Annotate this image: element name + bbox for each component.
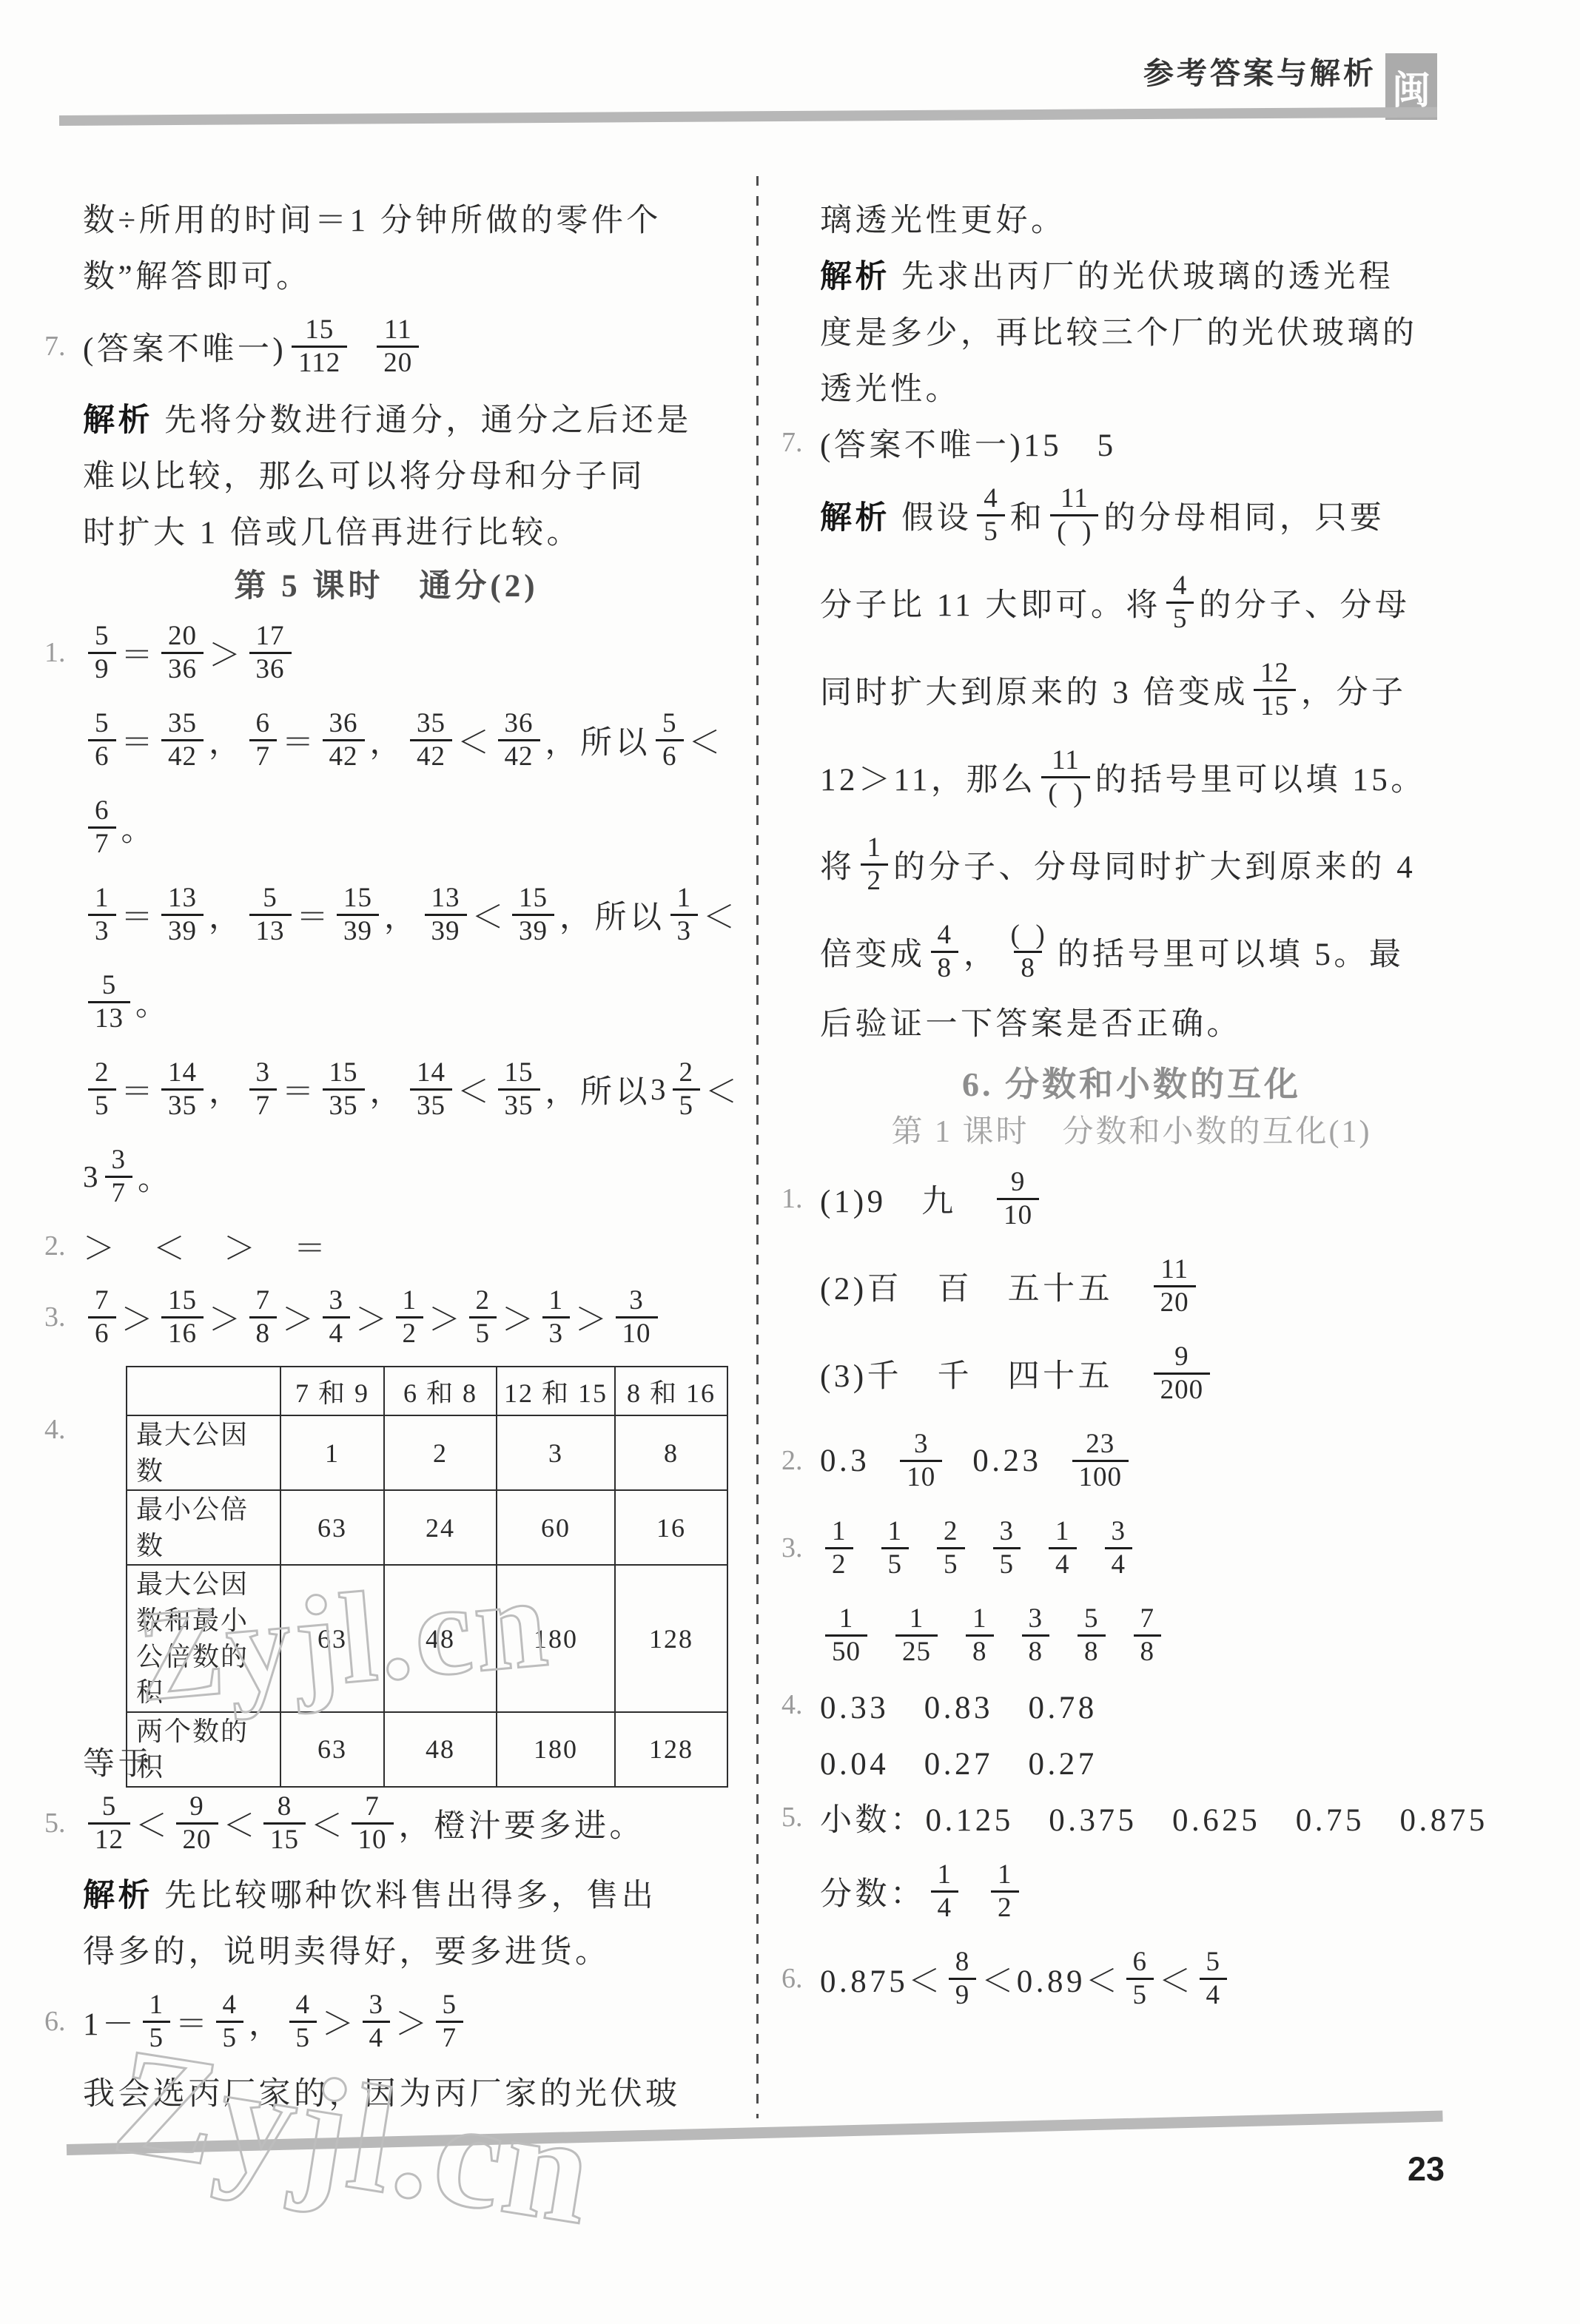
column-divider-dashed (756, 176, 759, 2118)
text-segment: ＝ (121, 1067, 157, 1112)
fraction: 45 (216, 1990, 244, 2053)
fraction: 45 (1166, 570, 1194, 634)
numerator: 8 (949, 1947, 977, 1977)
table-cell: 3 (497, 1415, 615, 1490)
fraction: 815 (263, 1791, 306, 1855)
text-segment: ＜ (223, 1801, 259, 1846)
content-line: 6.0.875＜89＜0.89＜65＜54 (820, 1937, 1232, 2020)
content-line: 3.121525351434 (820, 1506, 1137, 1589)
text-segment: ＝ (121, 892, 157, 937)
denominator: 10 (352, 1822, 394, 1855)
fraction: 3542 (161, 708, 204, 772)
numerator: 5 (95, 1791, 124, 1822)
fraction: 3542 (410, 708, 452, 772)
fraction: 310 (900, 1429, 942, 1492)
table-cell: 1 (280, 1415, 384, 1490)
text-segment: (2)百 百 五十五 (820, 1264, 1149, 1309)
list-marker: 5. (781, 1801, 803, 1833)
text-segment: ＜ (689, 718, 725, 763)
numerator: 9 (183, 1791, 211, 1822)
table-cell: 63 (280, 1565, 384, 1711)
table-cell: 60 (497, 1490, 615, 1565)
text-segment: ，所以 (545, 1067, 651, 1112)
text-segment: ， (209, 892, 244, 937)
numerator: 36 (498, 708, 540, 738)
denominator: 5 (993, 1547, 1021, 1580)
table-col-header: 6 和 8 (384, 1367, 497, 1415)
content-line: 第 5 课时 通分(2) (46, 559, 727, 607)
denominator: 9 (88, 652, 116, 684)
text-segment: 透光性。 (820, 364, 961, 409)
fraction: 15112 (292, 314, 347, 378)
fraction: 25 (469, 1285, 497, 1349)
list-marker: 7. (781, 426, 803, 459)
list-marker: 3. (781, 1532, 803, 1564)
denominator: 8 (1134, 1634, 1162, 1667)
content-line: 时扩大 1 倍或几倍再进行比较。 (83, 506, 582, 553)
text-segment: 。 (135, 980, 171, 1025)
list-marker: 5. (44, 1807, 66, 1839)
fraction: 2036 (161, 621, 204, 684)
table-cell: 180 (497, 1712, 615, 1787)
text-segment: 后验证一下答案是否正确。 (820, 999, 1242, 1044)
text-segment: 同时扩大到原来的 3 倍变成 (820, 667, 1248, 713)
text-segment: 和 (1010, 493, 1046, 538)
denominator: 3 (88, 914, 116, 946)
fraction: 1539 (512, 883, 554, 946)
fraction: 23100 (1072, 1429, 1129, 1492)
numerator: 3 (105, 1145, 133, 1175)
fraction: 11( ) (1050, 483, 1098, 547)
fraction: 1339 (161, 883, 204, 946)
numerator: 1 (833, 1603, 861, 1634)
numerator: 1 (881, 1516, 910, 1546)
denominator: 8 (1014, 951, 1042, 983)
fraction: 3642 (498, 708, 540, 772)
text-segment: 第 5 课时 通分(2) (234, 561, 538, 606)
table-row-label: 最小公倍数 (127, 1490, 280, 1565)
content-line: 度是多少，再比较三个厂的光伏玻璃的 (820, 306, 1418, 354)
numerator: 1 (542, 1285, 571, 1316)
numerator: 3 (993, 1516, 1021, 1546)
denominator: 42 (323, 739, 365, 772)
text-segment: ＜ (472, 892, 508, 937)
numerator: 36 (323, 708, 365, 738)
numerator: 2 (937, 1516, 965, 1546)
text-segment: 倍变成 (820, 929, 926, 974)
denominator: 20 (176, 1822, 218, 1855)
text-segment: 的括号里可以填 15。 (1095, 755, 1426, 800)
content-line: 分数：1412 (820, 1850, 1024, 1933)
numerator: 5 (656, 708, 684, 738)
numerator: 4 (931, 920, 959, 950)
denominator: 35 (323, 1088, 365, 1121)
denominator: 7 (105, 1176, 133, 1208)
text-segment: ＞ (428, 1295, 464, 1340)
numerator: 5 (88, 621, 116, 651)
table-cell: 8 (615, 1415, 727, 1490)
table-cell: 128 (615, 1712, 727, 1787)
denominator: 36 (249, 652, 292, 684)
content-line: (3)千 千 四十五 9200 (820, 1332, 1215, 1415)
denominator: 42 (498, 739, 540, 772)
numerator: 12 (1254, 658, 1296, 688)
fraction: 57 (436, 1990, 464, 2053)
table-cell: 48 (384, 1565, 497, 1711)
header-rule (59, 107, 1437, 126)
fraction: ( )8 (1004, 920, 1052, 983)
numerator: 35 (161, 708, 204, 738)
numerator: 11 (1045, 745, 1086, 775)
numerator: 15 (337, 883, 379, 913)
denominator: 5 (881, 1547, 910, 1580)
text-segment: ＝ (175, 1999, 211, 2044)
list-marker: 4. (781, 1688, 803, 1721)
fraction: 1535 (498, 1057, 540, 1121)
label-bold: 解析 (820, 493, 890, 538)
content-line: 15012518385878 (820, 1594, 1166, 1677)
content-line: 同时扩大到原来的 3 倍变成1215，分子 (820, 648, 1407, 731)
denominator: 10 (997, 1198, 1039, 1230)
content-line: 7.(答案不唯一)15 5 (820, 419, 1117, 466)
content-line: 25＝1435，37＝1535，1435＜1535，所以325＜ (83, 1048, 741, 1131)
text-segment: 我会选丙厂家的，因为丙厂家的光伏玻 (83, 2069, 681, 2114)
denominator: 5 (88, 1088, 116, 1121)
fraction: 12 (991, 1859, 1019, 1923)
text-segment: ＞ (209, 630, 244, 676)
fraction: 513 (249, 883, 292, 946)
table-row: 最大公因数和最小公倍数的积6348180128 (127, 1565, 727, 1711)
denominator: 5 (143, 2021, 171, 2053)
text-segment: ， (209, 718, 244, 763)
footer-rule (67, 2111, 1443, 2155)
denominator: 50 (825, 1634, 867, 1667)
numerator: 6 (88, 795, 116, 826)
content-line: 513。 (83, 960, 171, 1043)
list-marker: 7. (44, 330, 66, 363)
text-segment: ＞ (502, 1295, 537, 1340)
numerator: 4 (289, 1990, 317, 2020)
content-line: 5.小数：0.125 0.375 0.625 0.75 0.875 (820, 1793, 1488, 1841)
text-segment: ， (370, 718, 406, 763)
table-col-header: 7 和 9 (280, 1367, 384, 1415)
text-segment: ＞ (209, 1295, 244, 1340)
label-bold: 解析 (820, 252, 890, 297)
numerator: 5 (256, 883, 284, 913)
text-segment: ＜0.89＜ (981, 1956, 1120, 2001)
content-line: 璃透光性更好。 (820, 194, 1066, 241)
text-segment: (1)9 九 (820, 1176, 992, 1222)
denominator: 12 (88, 1822, 130, 1855)
text-segment: ＜ (1159, 1956, 1194, 2001)
denominator: 112 (292, 346, 347, 378)
numerator: 1 (88, 883, 116, 913)
denominator: 13 (88, 1001, 130, 1034)
text-segment: 0.04 0.27 0.27 (820, 1739, 1097, 1784)
numerator: 1 (966, 1603, 994, 1634)
fraction: 45 (289, 1990, 317, 2053)
fraction: 37 (105, 1145, 133, 1208)
numerator: 20 (161, 621, 204, 651)
numerator: 9 (1004, 1167, 1032, 1197)
text-segment: ， (249, 1999, 284, 2044)
fraction: 14 (931, 1859, 959, 1923)
denominator: 6 (656, 739, 684, 772)
content-line: 337。 (83, 1135, 173, 1218)
numerator: 5 (1200, 1947, 1228, 1977)
text-segment: 0.3 (820, 1443, 870, 1479)
numerator: 3 (249, 1057, 278, 1088)
text-segment: ＞ (282, 1295, 317, 1340)
scanned-answer-page: 参考答案与解析 闽 数÷所用的时间＝1 分钟所做的零件个数”解答即可。7.(答案… (0, 0, 1580, 2324)
denominator: 39 (512, 914, 554, 946)
fraction: 12 (396, 1285, 424, 1349)
text-segment: ， (964, 929, 999, 974)
numerator: 3 (907, 1429, 935, 1459)
content-line: (2)百 百 五十五 1120 (820, 1244, 1201, 1327)
text-segment: (3)千 千 四十五 (820, 1351, 1149, 1396)
denominator: 2 (825, 1547, 853, 1580)
denominator: 7 (249, 739, 278, 772)
denominator: 10 (616, 1316, 658, 1349)
denominator: 15 (1254, 689, 1296, 721)
content-line: 解析 先求出丙厂的光伏玻璃的透光程 (820, 250, 1394, 297)
numerator: 35 (410, 708, 452, 738)
text-segment: 12＞11，那么 (820, 755, 1036, 800)
numerator: 3 (622, 1285, 651, 1316)
numerator: 3 (1105, 1516, 1133, 1546)
text-segment: 数÷所用的时间＝1 分钟所做的零件个 (83, 195, 662, 240)
denominator: 16 (161, 1316, 204, 1349)
numerator: 1 (903, 1603, 931, 1634)
text-segment: (答案不唯一) (83, 324, 286, 369)
denominator: 4 (363, 2021, 391, 2053)
text-segment: 得多的，说明卖得好，要多进货。 (83, 1927, 611, 1972)
text-segment: (答案不唯一)15 5 (820, 420, 1117, 465)
fraction: 48 (931, 920, 959, 983)
content-line: 第 1 课时 分数和小数的互化(1) (774, 1105, 1489, 1153)
numerator: 15 (512, 883, 554, 913)
numerator: 15 (161, 1285, 204, 1316)
fraction: 1339 (425, 883, 467, 946)
numerator: 13 (161, 883, 204, 913)
numerator: 1 (396, 1285, 424, 1316)
numerator: 14 (161, 1057, 204, 1088)
text-segment: ，所以 (545, 718, 651, 763)
page-header-title: 参考答案与解析 (1058, 49, 1376, 92)
fraction: 59 (88, 621, 116, 684)
denominator: 39 (425, 914, 467, 946)
fraction: 1215 (1254, 658, 1296, 721)
denominator: 8 (249, 1316, 278, 1349)
content-line: 难以比较，那么可以将分母和分子同 (83, 450, 645, 497)
content-line: 67。 (83, 786, 156, 869)
fraction: 1120 (377, 314, 419, 378)
denominator: 3 (542, 1316, 571, 1349)
fraction: 12 (825, 1516, 853, 1580)
gcf-lcm-table: 7 和 96 和 812 和 158 和 16最大公因数1238最小公倍数632… (126, 1366, 728, 1788)
table-cell: 24 (384, 1490, 497, 1565)
text-segment: 分子比 11 大即可。将 (820, 580, 1161, 625)
numerator: 17 (249, 621, 292, 651)
text-segment: 的括号里可以填 5。最 (1058, 929, 1405, 974)
text-segment: ＝ (297, 892, 332, 937)
denominator: 39 (161, 914, 204, 946)
fraction: 1539 (337, 883, 379, 946)
denominator: 6 (88, 1316, 116, 1349)
denominator: 36 (161, 652, 204, 684)
denominator: 5 (216, 2021, 244, 2053)
fraction: 89 (949, 1947, 977, 2010)
numerator: 1 (825, 1516, 853, 1546)
numerator: 14 (410, 1057, 452, 1088)
denominator: 200 (1154, 1372, 1211, 1405)
denominator: 35 (161, 1088, 204, 1121)
fraction: 18 (966, 1603, 994, 1667)
content-line: 56＝3542，67＝3642，3542＜3642，所以56＜ (83, 698, 724, 781)
fraction: 67 (249, 708, 278, 772)
text-segment: 0.875＜ (820, 1956, 944, 2001)
denominator: 8 (966, 1634, 994, 1667)
fraction: 14 (1049, 1516, 1077, 1580)
denominator: 35 (498, 1088, 540, 1121)
numerator: 11 (1054, 483, 1095, 513)
text-segment: 先求出丙厂的光伏玻璃的透光程 (890, 252, 1394, 297)
text-segment: 将 (820, 842, 855, 887)
content-line: 6. 分数和小数的互化 (774, 1058, 1489, 1105)
list-marker: 3. (44, 1301, 66, 1333)
numerator: 7 (88, 1285, 116, 1316)
denominator: 6 (88, 739, 116, 772)
table-cell: 63 (280, 1712, 384, 1787)
content-line: 2.0.33100.2323100 (820, 1419, 1134, 1502)
denominator: 4 (931, 1890, 959, 1923)
text-segment: ＞ ＜ ＞ ＝ (83, 1224, 329, 1269)
fraction: 3642 (323, 708, 365, 772)
content-line: 6.1－15＝45，45＞34＞57 (83, 1980, 468, 2063)
fraction: 56 (88, 708, 116, 772)
denominator: 5 (1126, 1978, 1154, 2010)
label-bold: 解析 (83, 1870, 153, 1916)
fraction: 13 (542, 1285, 571, 1349)
text-segment: ， (370, 1067, 406, 1112)
content-line: 我会选丙厂家的，因为丙厂家的光伏玻 (83, 2067, 681, 2115)
content-line: 1.59＝2036＞1736 (83, 611, 297, 694)
text-segment: 的分母相同，只要 (1103, 493, 1385, 538)
mixed-number: 325 (651, 1057, 705, 1121)
fraction: 34 (363, 1990, 391, 2053)
content-line: 12＞11，那么11( )的括号里可以填 15。 (820, 735, 1426, 818)
numerator: 1 (931, 1859, 959, 1890)
fraction: 34 (323, 1285, 351, 1349)
table-cell: 128 (615, 1565, 727, 1711)
numerator: 2 (88, 1057, 116, 1088)
list-marker: 6. (781, 1962, 803, 1995)
content-line: 得多的，说明卖得好，要多进货。 (83, 1925, 611, 1973)
denominator: 2 (991, 1890, 1019, 1923)
denominator: 5 (469, 1316, 497, 1349)
text-segment: 。 (138, 1154, 173, 1199)
text-segment: 1－ (83, 1999, 138, 2044)
fraction: 150 (825, 1603, 867, 1667)
fraction: 1516 (161, 1285, 204, 1349)
list-marker: 1. (44, 636, 66, 669)
fraction: 78 (1134, 1603, 1162, 1667)
table-row-label: 两个数的积 (127, 1712, 280, 1787)
fraction: 13 (670, 883, 699, 946)
list-marker: 4. (44, 1413, 66, 1446)
text-segment: 度是多少，再比较三个厂的光伏玻璃的 (820, 308, 1418, 353)
numerator: 1 (991, 1859, 1019, 1890)
fraction: 1120 (1154, 1254, 1196, 1318)
numerator: 4 (977, 483, 1005, 513)
content-line: 解析 先将分数进行通分，通分之后还是 (83, 394, 692, 441)
numerator: ( ) (1004, 920, 1052, 950)
denominator: 10 (900, 1460, 942, 1492)
content-line: 1.(1)9 九 910 (820, 1157, 1044, 1240)
numerator: 7 (1134, 1603, 1162, 1634)
fraction: 12 (861, 832, 889, 896)
text-segment: ＞ (575, 1295, 611, 1340)
text-segment: ＜ (705, 1067, 741, 1112)
fraction: 35 (993, 1516, 1021, 1580)
numerator: 23 (1079, 1429, 1121, 1459)
numerator: 11 (377, 314, 419, 345)
text-segment: ＜ (703, 892, 739, 937)
denominator: 9 (949, 1978, 977, 2010)
text-segment: ，分子 (1301, 667, 1407, 713)
numerator: 6 (1126, 1947, 1154, 1977)
text-segment: 小数：0.125 0.375 0.625 0.75 0.875 (820, 1795, 1488, 1840)
denominator: 20 (1154, 1285, 1196, 1318)
table-row-label: 最大公因数和最小公倍数的积 (127, 1565, 280, 1711)
content-line: 3.76＞1516＞78＞34＞12＞25＞13＞310 (83, 1276, 663, 1358)
numerator: 5 (95, 970, 124, 1000)
text-segment: ＝ (282, 1067, 317, 1112)
content-line: 4.0.33 0.83 0.78 (820, 1681, 1097, 1728)
table-cell: 48 (384, 1712, 497, 1787)
numerator: 13 (425, 883, 467, 913)
content-line: 解析 先比较哪种饮料售出得多，售出 (83, 1869, 656, 1916)
text-segment: ， (384, 892, 420, 937)
denominator: 8 (1022, 1634, 1050, 1667)
text-segment: ＝ (121, 718, 157, 763)
list-marker: 2. (44, 1230, 66, 1262)
fraction: 11( ) (1041, 745, 1089, 809)
numerator: 2 (673, 1057, 701, 1088)
denominator: 7 (249, 1088, 278, 1121)
denominator: 100 (1072, 1460, 1129, 1492)
text-segment: 0.33 0.83 0.78 (820, 1683, 1097, 1728)
numerator: 15 (298, 314, 340, 345)
denominator: 5 (977, 514, 1005, 547)
content-line: 2.＞ ＜ ＞ ＝ (83, 1222, 329, 1270)
denominator: 4 (1049, 1547, 1077, 1580)
denominator: 2 (396, 1316, 424, 1349)
text-segment: 。 (121, 805, 157, 850)
fraction: 76 (88, 1285, 116, 1349)
denominator: ( ) (1050, 514, 1098, 547)
denominator: 20 (377, 346, 419, 378)
table-row: 最小公倍数63246016 (127, 1490, 727, 1565)
numerator: 15 (498, 1057, 540, 1088)
text-segment: ＞ (322, 1999, 357, 2044)
denominator: 7 (436, 2021, 464, 2053)
denominator: 2 (861, 863, 889, 896)
fraction: 78 (249, 1285, 278, 1349)
numerator: 5 (1078, 1603, 1106, 1634)
content-line: 分子比 11 大即可。将45的分子、分母 (820, 561, 1410, 644)
